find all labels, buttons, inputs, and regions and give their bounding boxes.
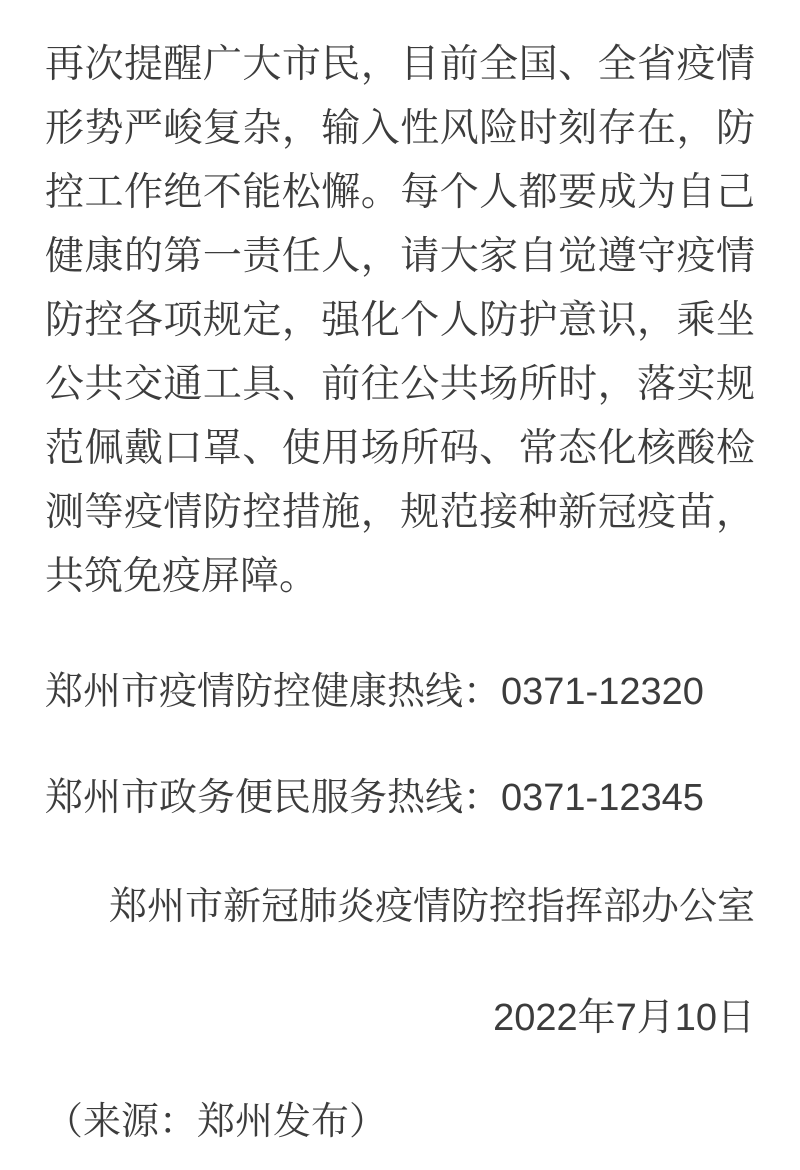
notice-paragraph: 再次提醒广大市民，目前全国、全省疫情 形势严峻复杂，输入性风险时刻存在，防 控工… — [45, 33, 755, 609]
paragraph-line: 再次提醒广大市民，目前全国、全省疫情 — [45, 33, 755, 97]
paragraph-line: 形势严峻复杂，输入性风险时刻存在，防 — [45, 97, 755, 161]
paragraph-line: 公共交通工具、前往公共场所时，落实规 — [45, 353, 755, 417]
issuer-signature: 郑州市新冠肺炎疫情防控指挥部办公室 — [45, 875, 755, 939]
service-hotline-text: 郑州市政务便民服务热线：0371-12345 — [45, 766, 755, 830]
notice-date: 2022年7月10日 — [45, 986, 755, 1050]
paragraph-line: 测等疫情防控措施，规范接种新冠疫苗， — [45, 481, 755, 545]
paragraph-line: 控工作绝不能松懈。每个人都要成为自己 — [45, 161, 755, 225]
notice-page: 再次提醒广大市民，目前全国、全省疫情 形势严峻复杂，输入性风险时刻存在，防 控工… — [0, 0, 800, 1170]
source-attribution: （来源：郑州发布） — [45, 1090, 755, 1154]
paragraph-line: 共筑免疫屏障。 — [45, 545, 755, 609]
health-hotline-text: 郑州市疫情防控健康热线：0371-12320 — [45, 660, 755, 724]
paragraph-line: 健康的第一责任人，请大家自觉遵守疫情 — [45, 225, 755, 289]
paragraph-line: 防控各项规定，强化个人防护意识，乘坐 — [45, 289, 755, 353]
paragraph-line: 范佩戴口罩、使用场所码、常态化核酸检 — [45, 417, 755, 481]
